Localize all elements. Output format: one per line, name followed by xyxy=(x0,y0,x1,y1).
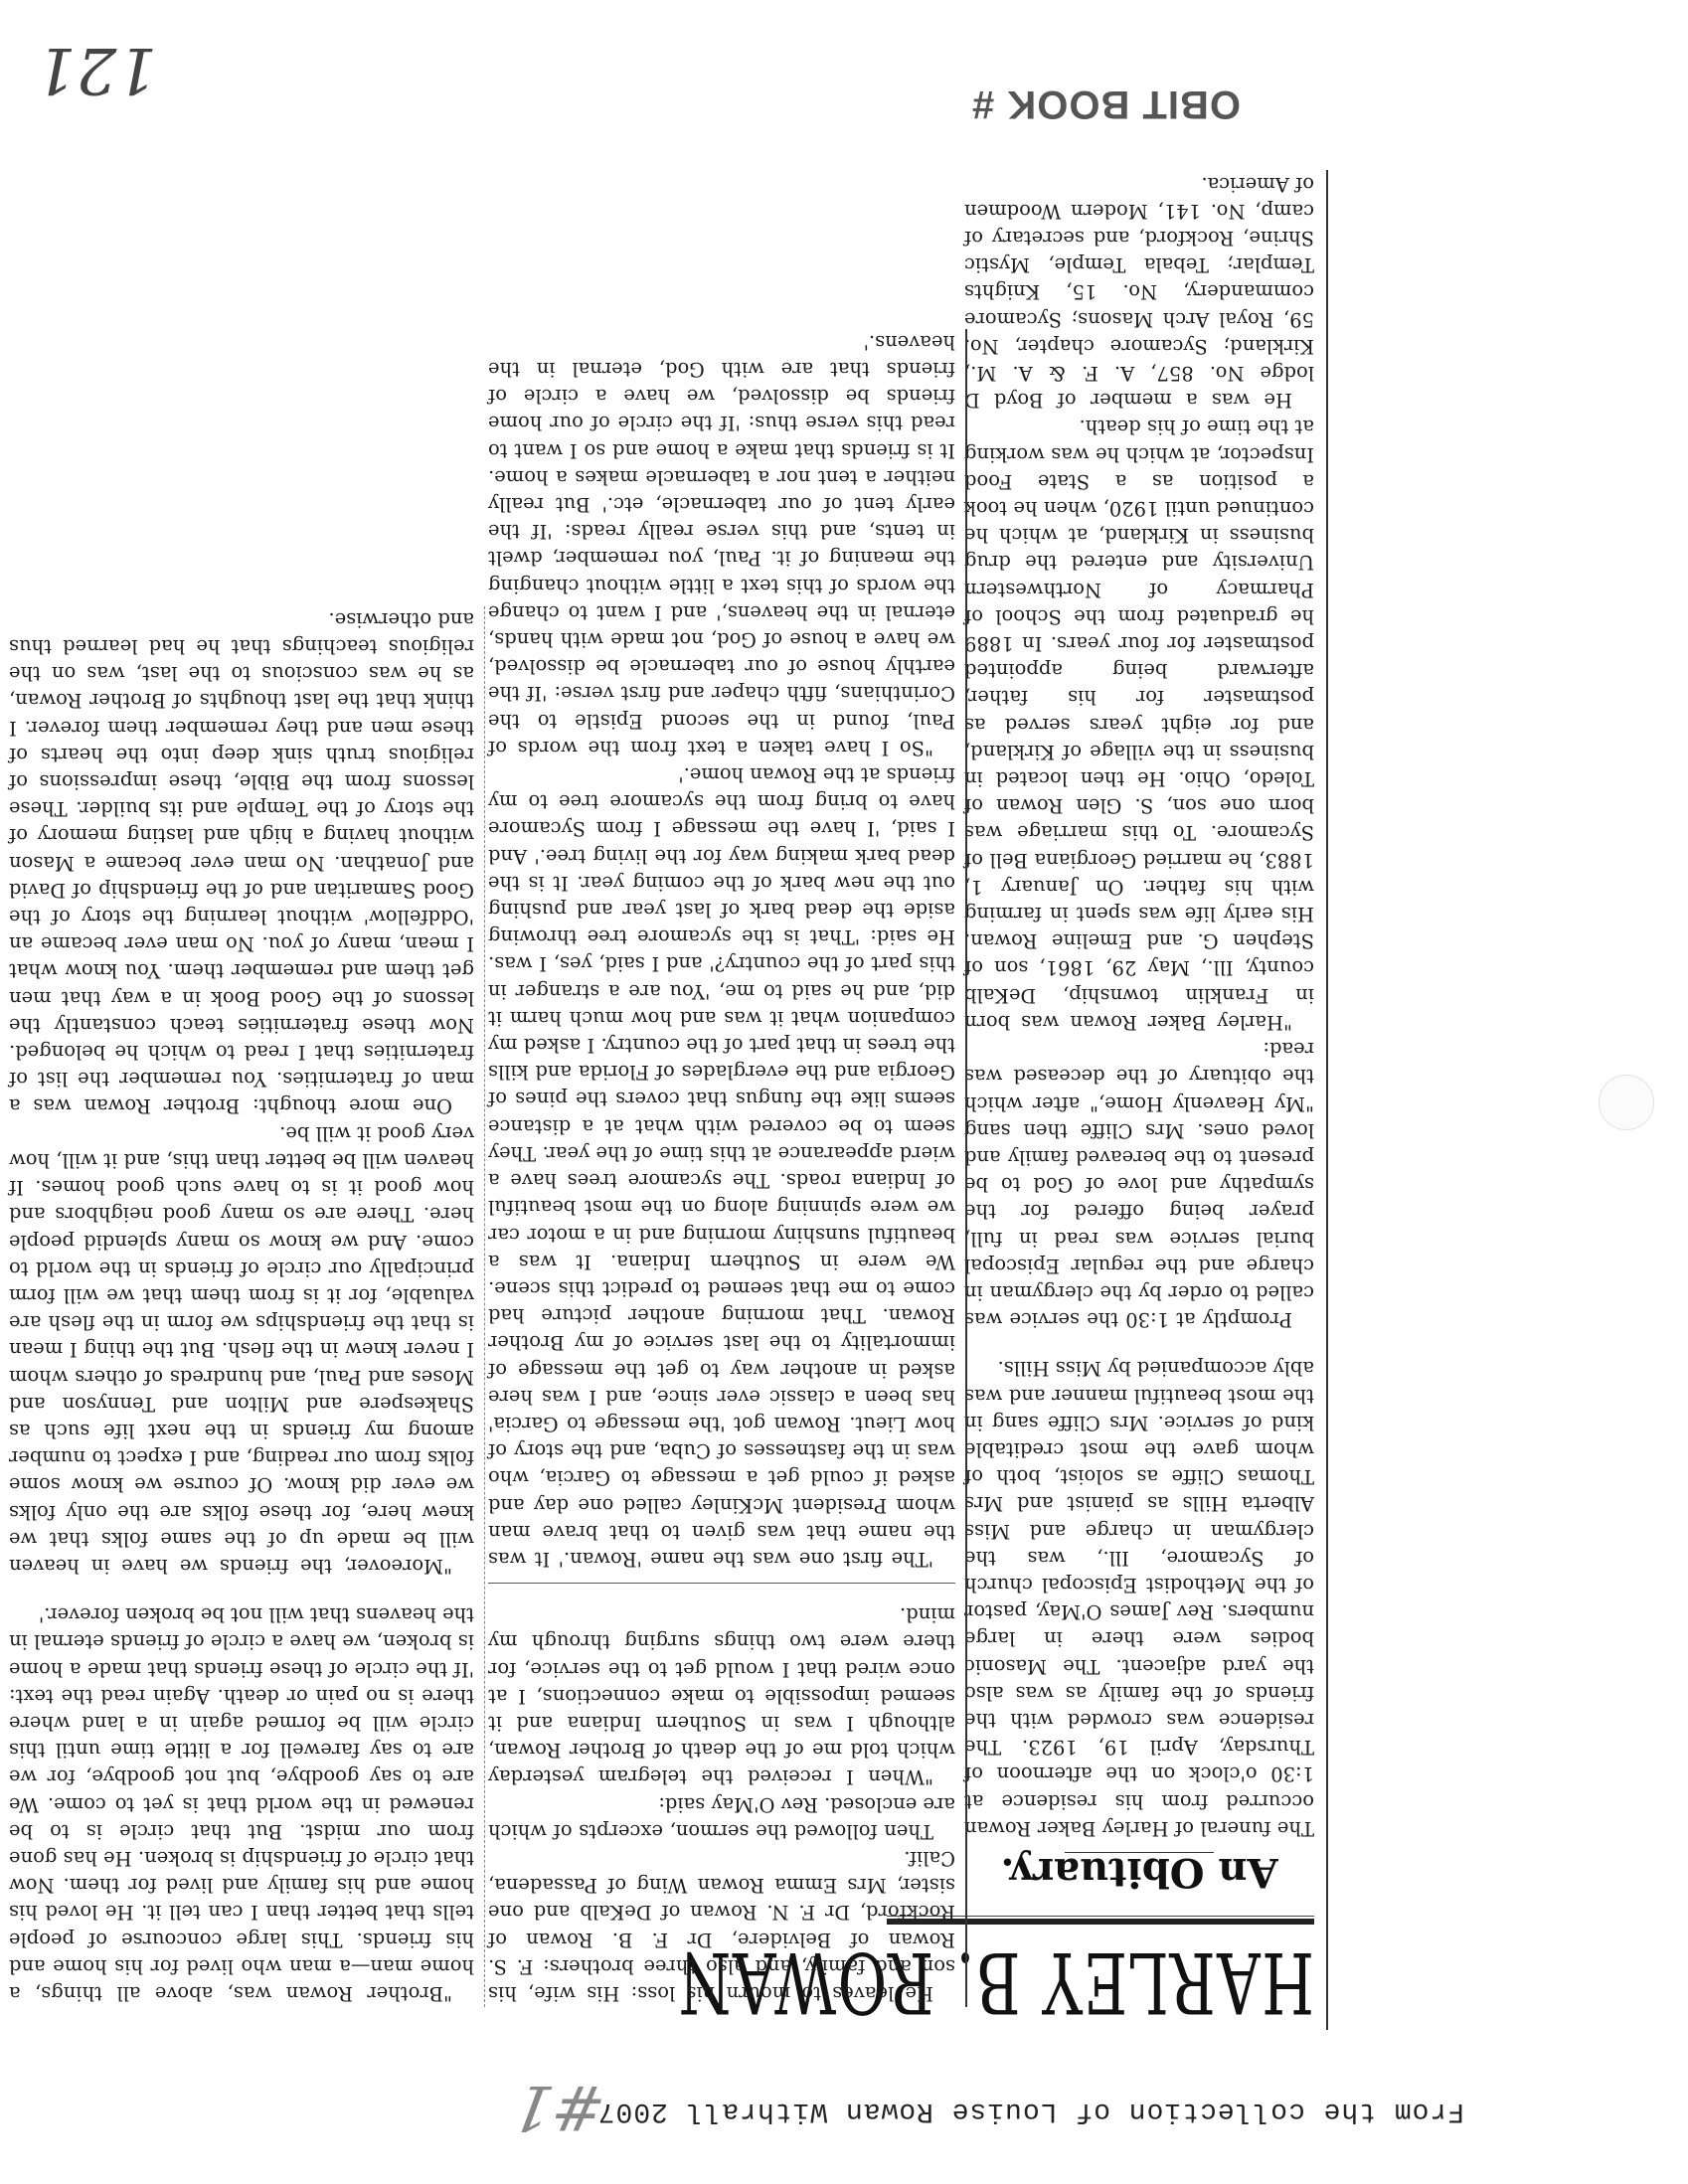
handwritten-number-mark: #1 xyxy=(507,2072,610,2144)
paragraph: The funeral of Harley Baker Rowan occurr… xyxy=(964,1355,1314,1842)
paragraph: He was a member of Boyd D lodge No. 857,… xyxy=(964,170,1314,414)
paragraph: Then followed the sermon, excerpts of wh… xyxy=(488,1790,955,1844)
article-column-1: HARLEY B. ROWAN An Obituary. The funeral… xyxy=(964,170,1328,2030)
paragraph: 'The first one was the name 'Rowan.' It … xyxy=(488,761,955,1573)
article-column-3: "Brother Rowan was, above all things, a … xyxy=(9,606,485,2007)
scanned-page: From the collection of Louise Rowan With… xyxy=(0,0,1688,2184)
paragraph: One more thought: Brother Rowan was a ma… xyxy=(9,606,474,1120)
paragraph: He leaves to mourn his loss: His wife, h… xyxy=(488,1845,955,2007)
paragraph: "Brother Rowan was, above all things, a … xyxy=(9,1601,474,2007)
paragraph: "Harley Baker Rowan was born in Franklin… xyxy=(964,414,1314,1036)
punch-hole xyxy=(1599,1075,1654,1130)
section-divider xyxy=(488,1583,955,1584)
headline: HARLEY B. ROWAN xyxy=(1063,1934,1314,2030)
handwritten-page-number: 121 xyxy=(36,33,157,106)
obit-book-stamp: OBIT BOOK # xyxy=(971,82,1241,126)
paragraph: Promptly at 1:30 the service was called … xyxy=(964,1036,1314,1333)
article-column-2: He leaves to mourn his loss: His wife, h… xyxy=(488,329,967,2007)
collection-note: From the collection of Louise Rowan With… xyxy=(597,2096,1464,2126)
paragraph: "Moreover, the friends we have in heaven… xyxy=(9,1120,474,1580)
paragraph: "So I have taken a text from the words o… xyxy=(488,329,955,761)
subheadline: An Obituary. xyxy=(964,1859,1314,1886)
paragraph: "When I received the telegram yesterday … xyxy=(488,1601,955,1790)
